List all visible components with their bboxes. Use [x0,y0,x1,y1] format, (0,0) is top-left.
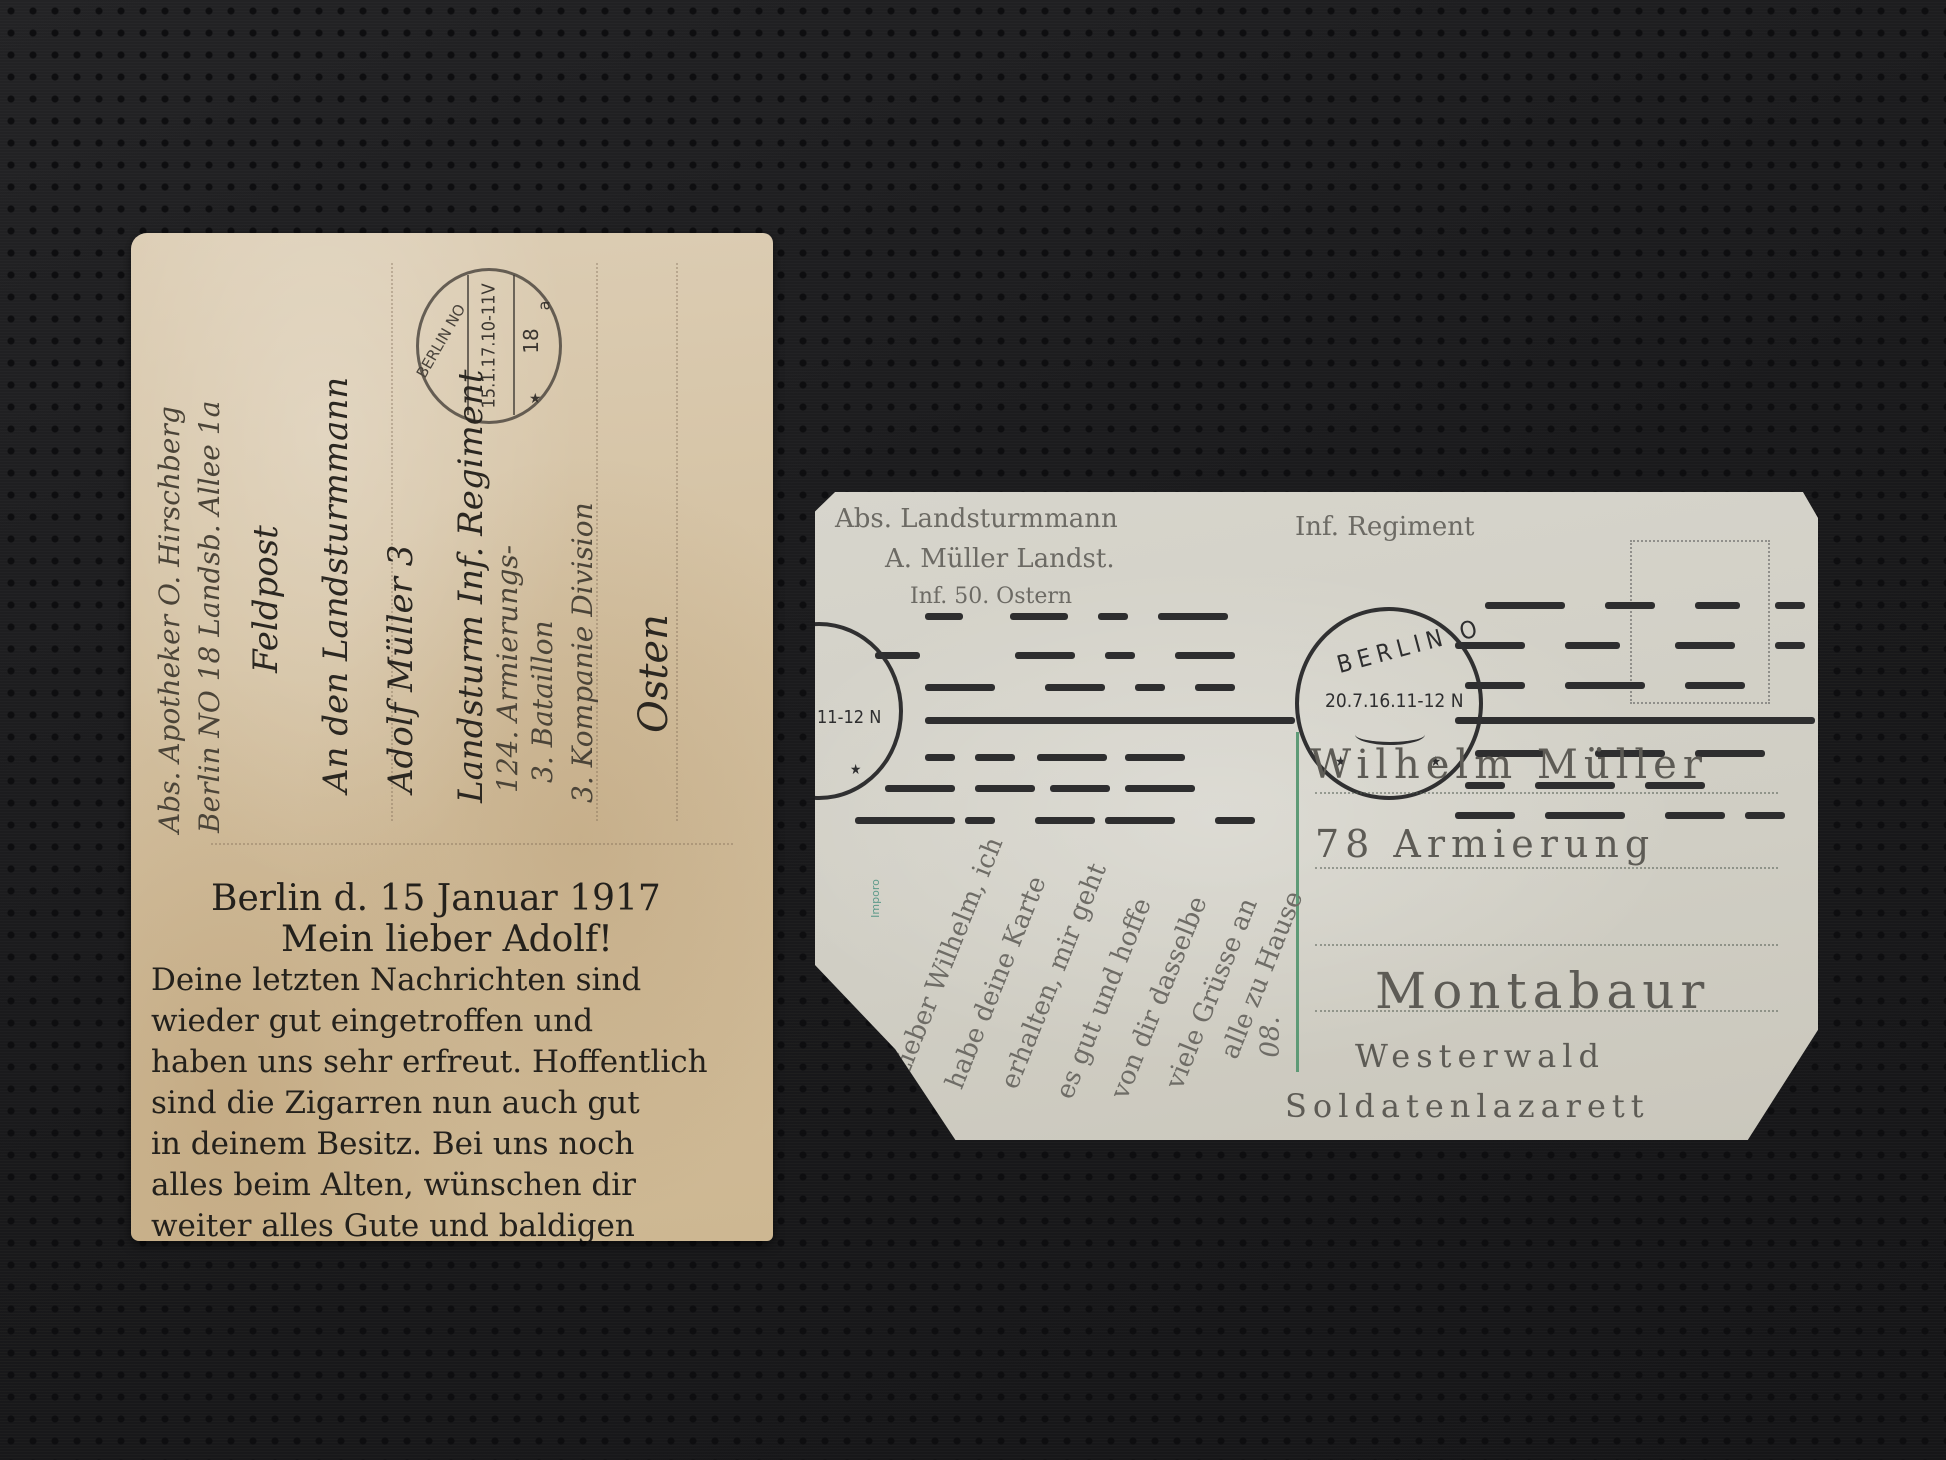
letter-body: Berlin d. 15 Januar 1917 Mein lieber Ado… [151,878,753,1241]
stamp-placeholder-box [1630,540,1770,704]
address-block: Abs. Apotheker O. Hirschberg Berlin NO 1… [131,233,773,853]
letter-line: wieder gut eingetroffen und [151,1001,753,1042]
recipient-facility: Soldatenlazarett [1285,1087,1650,1125]
star-icon: ★ [850,762,861,778]
postcard-right: 11-12 N ★ BERLIN O 20.7.16.11-12 N ★ ★ I… [815,492,1818,1140]
letter-line: sind die Zigarren nun auch gut [151,1083,753,1124]
letter-greeting: Mein lieber Adolf! [151,919,753,960]
recipient-title-line: An den Landsturmmann [316,377,356,793]
letter-line: Deine letzten Nachrichten sind [151,960,753,1001]
unit-line: 124. Armierungs- [491,545,524,793]
postcard-left: BERLIN NO 15.1.17.10-11V 18 a ★ Abs. Apo… [131,233,773,1241]
recipient-city: Montabaur [1375,962,1710,1020]
postmark-date: 20.7.16.11-12 N [1325,690,1464,712]
fold-number: 08. [1256,1016,1286,1057]
recipient-region: Westerwald [1355,1037,1605,1075]
letter-line: in deinem Besitz. Bei uns noch [151,1124,753,1165]
letter-line: haben uns sehr erfreut. Hoffentlich [151,1042,753,1083]
letter-line: weiter alles Gute und baldigen [151,1206,753,1241]
recipient-unit: 78 Armierung [1315,822,1655,866]
letter-line: alles beim Alten, wünschen dir [151,1165,753,1206]
battalion-line: 3. Bataillon [526,620,559,783]
sender-line: Abs. Apotheker O. Hirschberg [153,406,186,833]
sender-line: Inf. Regiment [1295,512,1474,542]
sender-line: Inf. 50. Ostern [910,584,1072,609]
sender-line: A. Müller Landst. [885,544,1115,574]
feldpost-line: Feldpost [246,525,286,673]
sender-address-line: Berlin NO 18 Landsb. Allee 1a [193,401,226,833]
letter-date: Berlin d. 15 Januar 1917 [151,878,753,919]
sender-line: Abs. Landsturmmann [835,504,1118,534]
printer-imprint: Imporo [869,879,882,918]
company-line: 3. Kompanie Division [566,502,599,803]
recipient-name-line: Adolf Müller 3 [381,545,421,793]
destination-line: Osten [631,614,677,733]
postmark-partial-time: 11-12 N [817,707,881,728]
regiment-line: Landsturm Inf. Regiment [451,370,491,803]
recipient-name: Wilhelm Müller [1310,742,1708,788]
